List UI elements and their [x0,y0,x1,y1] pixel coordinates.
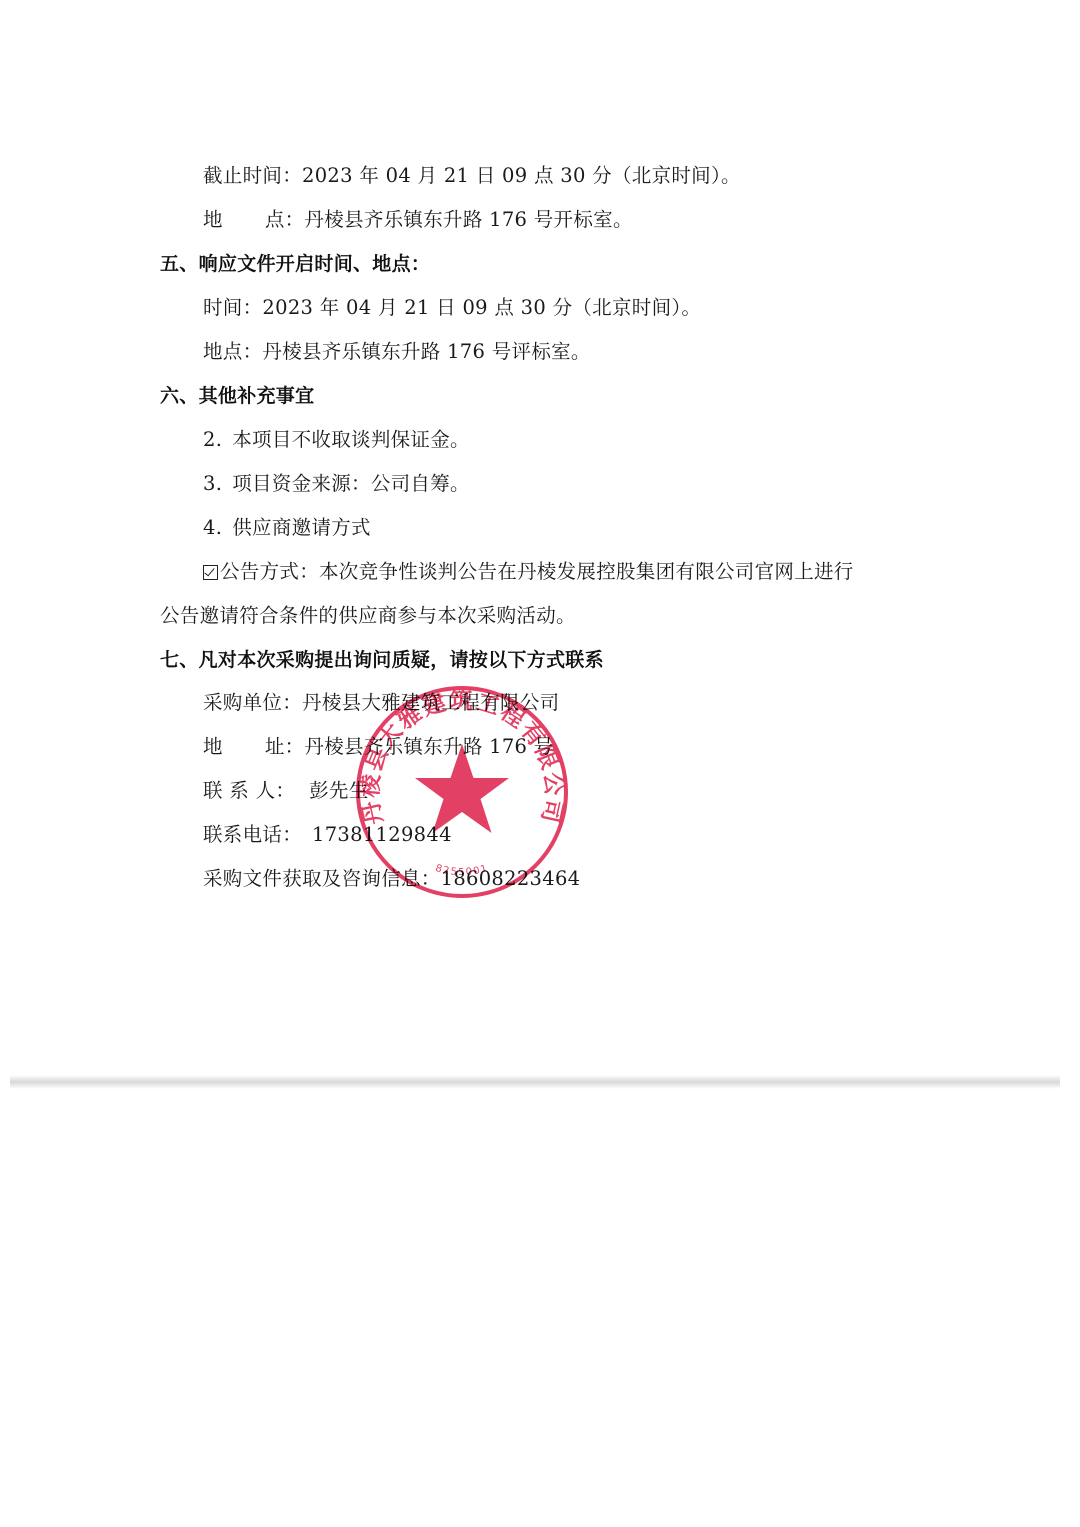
list-item-text: 项目资金来源：公司自筹。 [232,472,470,495]
list-item-number: 3. [203,472,222,495]
location-label-1: 地 [203,208,223,231]
list-item-number: 2. [203,428,222,451]
info-line: 采购文件获取及咨询信息：18608223464 [203,866,580,892]
phone-label: 联系电话： [203,823,302,846]
purchaser-line: 采购单位：丹棱县大雅建筑工程有限公司 [203,690,559,716]
section6-heading: 六、其他补充事宜 [160,383,314,409]
purchaser-label: 采购单位： [203,691,302,714]
address-label-2: 址： [265,735,305,758]
document-page: 截止时间：2023 年 04 月 21 日 09 点 30 分（北京时间）。 地… [0,0,1080,1527]
announcement-line-2: 公告邀请符合条件的供应商参与本次采购活动。 [160,603,576,629]
purchaser-value: 丹棱县大雅建筑工程有限公司 [302,691,559,714]
deadline-line: 截止时间：2023 年 04 月 21 日 09 点 30 分（北京时间）。 [203,163,741,189]
opening-time-line: 时间：2023 年 04 月 21 日 09 点 30 分（北京时间）。 [203,295,701,321]
location-value: 丹棱县齐乐镇东升路 176 号开标室。 [304,208,632,231]
announcement-text-1: 公告方式：本次竞争性谈判公告在丹棱发展控股集团有限公司官网上进行 [220,560,854,583]
address-value: 丹棱县齐乐镇东升路 176 号 [304,735,553,758]
info-label: 采购文件获取及咨询信息： [203,867,441,890]
address-label-1: 地 [203,735,223,758]
opening-place-label: 地点： [203,340,262,363]
opening-place-value: 丹棱县齐乐镇东升路 176 号评标室。 [262,340,590,363]
location-line: 地点：丹棱县齐乐镇东升路 176 号开标室。 [203,207,633,233]
phone-value: 17381129844 [312,823,452,846]
contact-label: 联 系 人： [203,779,295,802]
list-item-number: 4. [203,516,222,539]
deadline-label: 截止时间： [203,164,302,187]
info-value: 18608223464 [441,867,581,890]
list-item-text: 本项目不收取谈判保证金。 [232,428,470,451]
announcement-line-1: 公告方式：本次竞争性谈判公告在丹棱发展控股集团有限公司官网上进行 [203,559,854,585]
location-label-2: 点： [265,208,305,231]
deadline-value: 2023 年 04 月 21 日 09 点 30 分（北京时间）。 [302,164,741,187]
contact-line: 联 系 人：彭先生 [203,778,369,804]
opening-time-value: 2023 年 04 月 21 日 09 点 30 分（北京时间）。 [262,296,701,319]
list-item: 2.本项目不收取谈判保证金。 [203,427,470,453]
address-line: 地址：丹棱县齐乐镇东升路 176 号 [203,734,554,760]
list-item: 4.供应商邀请方式 [203,515,371,541]
page-fold-shadow [10,1075,1060,1089]
checked-box-icon [203,565,218,580]
opening-place-line: 地点：丹棱县齐乐镇东升路 176 号评标室。 [203,339,591,365]
section7-heading: 七、凡对本次采购提出询问质疑，请按以下方式联系 [160,647,604,673]
contact-value: 彭先生 [309,779,368,802]
list-item: 3.项目资金来源：公司自筹。 [203,471,470,497]
opening-time-label: 时间： [203,296,262,319]
section5-heading: 五、响应文件开启时间、地点： [160,251,430,277]
list-item-text: 供应商邀请方式 [232,516,371,539]
phone-line: 联系电话：17381129844 [203,822,452,848]
